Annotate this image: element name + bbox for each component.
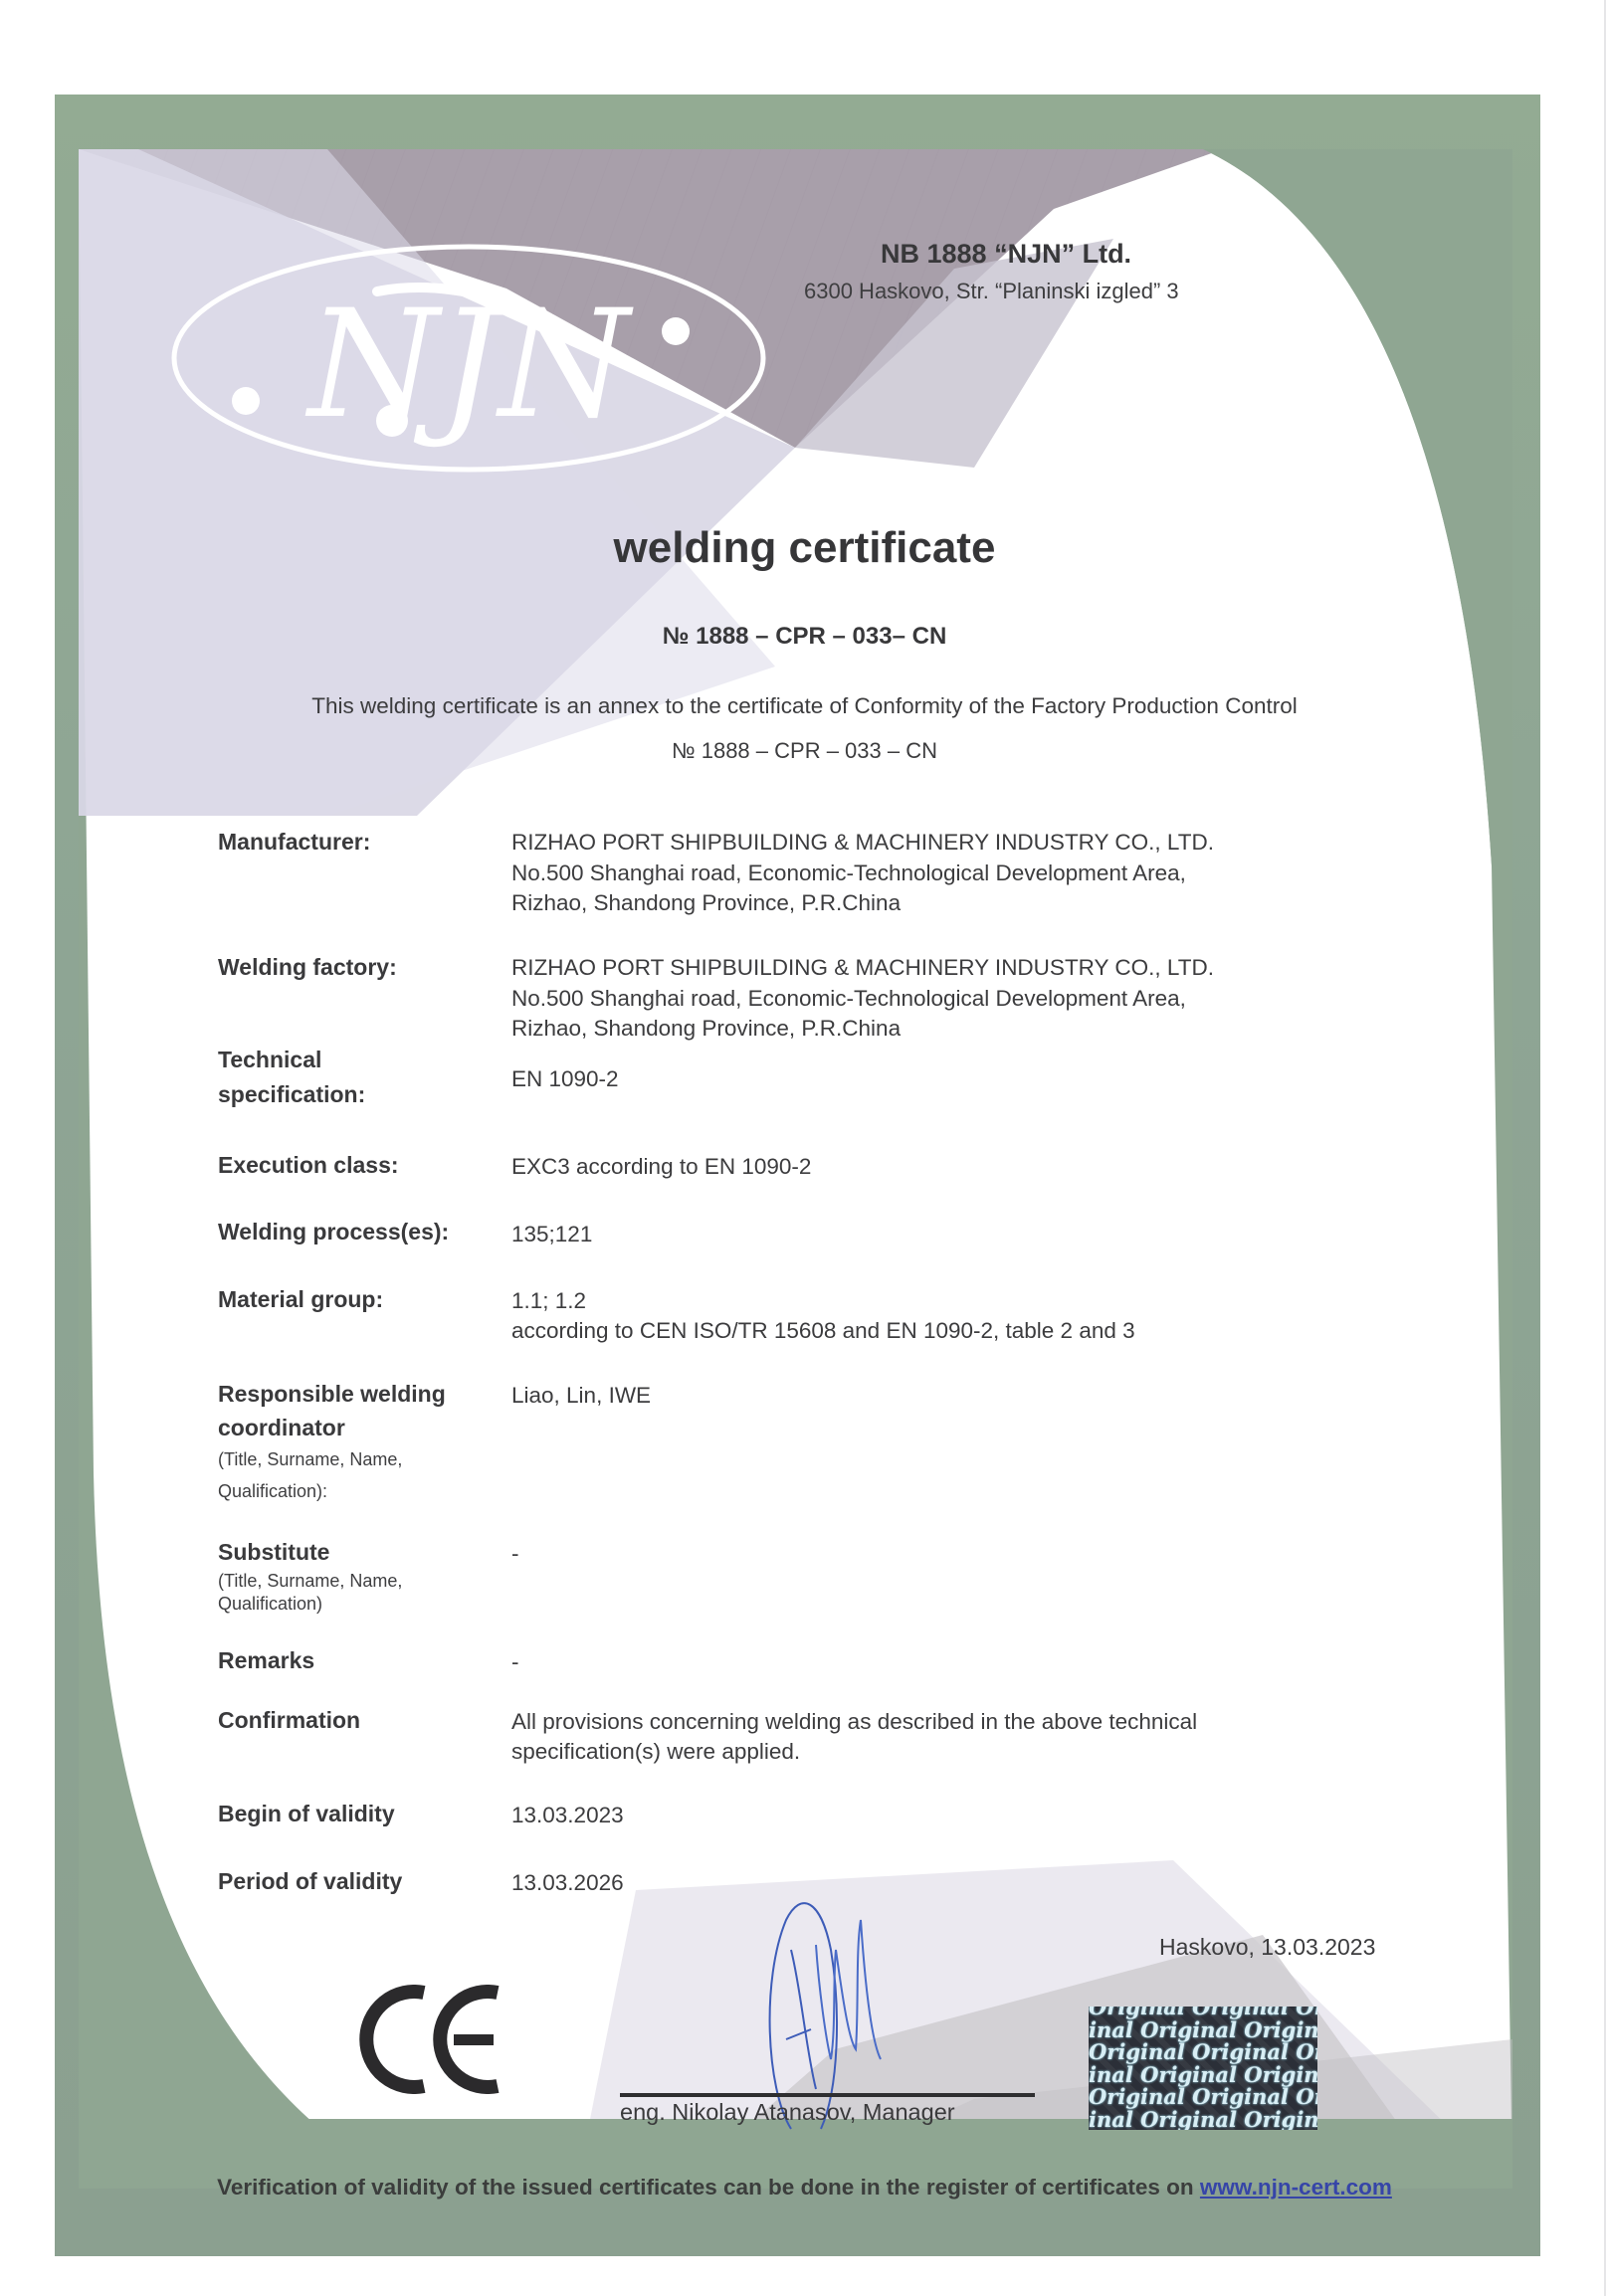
hologram-row: Original Original Origin	[1089, 2086, 1317, 2109]
annex-statement: This welding certificate is an annex to …	[0, 693, 1609, 719]
technical-specification-value: EN 1090-2	[511, 1063, 619, 1094]
welding-processes-label: Welding process(es):	[218, 1216, 449, 1248]
issuer-name: NB 1888 “NJN” Ltd.	[881, 239, 1131, 270]
register-link[interactable]: www.njn-cert.com	[1200, 2175, 1392, 2200]
execution-class-value: EXC3 according to EN 1090-2	[511, 1151, 811, 1182]
execution-class-label: Execution class:	[218, 1149, 399, 1182]
material-group-value-1: 1.1; 1.2	[511, 1285, 586, 1316]
technical-specification-label-1: Technical	[218, 1044, 321, 1076]
substitute-label: Substitute	[218, 1536, 329, 1569]
ce-mark-icon	[358, 1985, 507, 2094]
footer-verification: Verification of validity of the issued c…	[0, 2175, 1609, 2200]
begin-validity-value: 13.03.2023	[511, 1800, 624, 1830]
place-and-date: Haskovo, 13.03.2023	[1159, 1934, 1375, 1961]
welding-processes-value: 135;121	[511, 1219, 592, 1249]
hologram-row: Original Original Origin	[1089, 2041, 1317, 2064]
certificate-number: № 1888 – CPR – 033– CN	[0, 623, 1609, 651]
annex-certificate-number: № 1888 – CPR – 033 – CN	[0, 738, 1609, 764]
welding-factory-line-1: RIZHAO PORT SHIPBUILDING & MACHINERY IND…	[511, 952, 1214, 983]
hologram-row: inal Original Original O	[1089, 2109, 1317, 2131]
signature-line	[620, 2093, 1035, 2097]
welding-factory-label: Welding factory:	[218, 951, 397, 984]
certificate-content: NB 1888 “NJN” Ltd. 6300 Haskovo, Str. “P…	[0, 0, 1609, 2296]
coordinator-sub-2: Qualification):	[218, 1476, 327, 1507]
material-group-label: Material group:	[218, 1283, 383, 1316]
confirmation-value-2: specification(s) were applied.	[511, 1736, 800, 1767]
issuer-address: 6300 Haskovo, Str. “Planinski izgled” 3	[804, 279, 1179, 304]
coordinator-label-1: Responsible welding	[218, 1378, 446, 1411]
coordinator-sub-1: (Title, Surname, Name,	[218, 1444, 402, 1475]
substitute-sub-1: (Title, Surname, Name,	[218, 1570, 402, 1593]
welding-factory-line-3: Rizhao, Shandong Province, P.R.China	[511, 1013, 901, 1044]
confirmation-value-1: All provisions concerning welding as des…	[511, 1706, 1197, 1737]
manufacturer-label: Manufacturer:	[218, 826, 370, 859]
manufacturer-line-3: Rizhao, Shandong Province, P.R.China	[511, 887, 901, 918]
technical-specification-label-2: specification:	[218, 1078, 365, 1111]
coordinator-label-2: coordinator	[218, 1412, 345, 1444]
begin-validity-label: Begin of validity	[218, 1798, 395, 1830]
period-validity-value: 13.03.2026	[511, 1867, 624, 1898]
confirmation-label: Confirmation	[218, 1704, 360, 1737]
coordinator-value: Liao, Lin, IWE	[511, 1380, 651, 1411]
footer-text: Verification of validity of the issued c…	[217, 2175, 1200, 2200]
manufacturer-line-1: RIZHAO PORT SHIPBUILDING & MACHINERY IND…	[511, 827, 1214, 858]
material-group-value-2: according to CEN ISO/TR 15608 and EN 109…	[511, 1315, 1135, 1346]
remarks-label: Remarks	[218, 1644, 314, 1677]
manufacturer-line-2: No.500 Shanghai road, Economic-Technolog…	[511, 858, 1186, 888]
hologram-row: inal Original Original O	[1089, 2019, 1317, 2042]
hologram-row: inal Original Original O	[1089, 2064, 1317, 2087]
document-title: welding certificate	[0, 523, 1609, 573]
substitute-sub-2: Qualification)	[218, 1593, 322, 1616]
remarks-value: -	[511, 1646, 519, 1677]
period-validity-label: Period of validity	[218, 1865, 402, 1898]
signer-name: eng. Nikolay Atanasov, Manager	[620, 2099, 955, 2126]
welding-factory-line-2: No.500 Shanghai road, Economic-Technolog…	[511, 983, 1186, 1014]
substitute-value: -	[511, 1538, 519, 1569]
hologram-sticker: Original Original Origin inal Original O…	[1089, 2007, 1317, 2130]
